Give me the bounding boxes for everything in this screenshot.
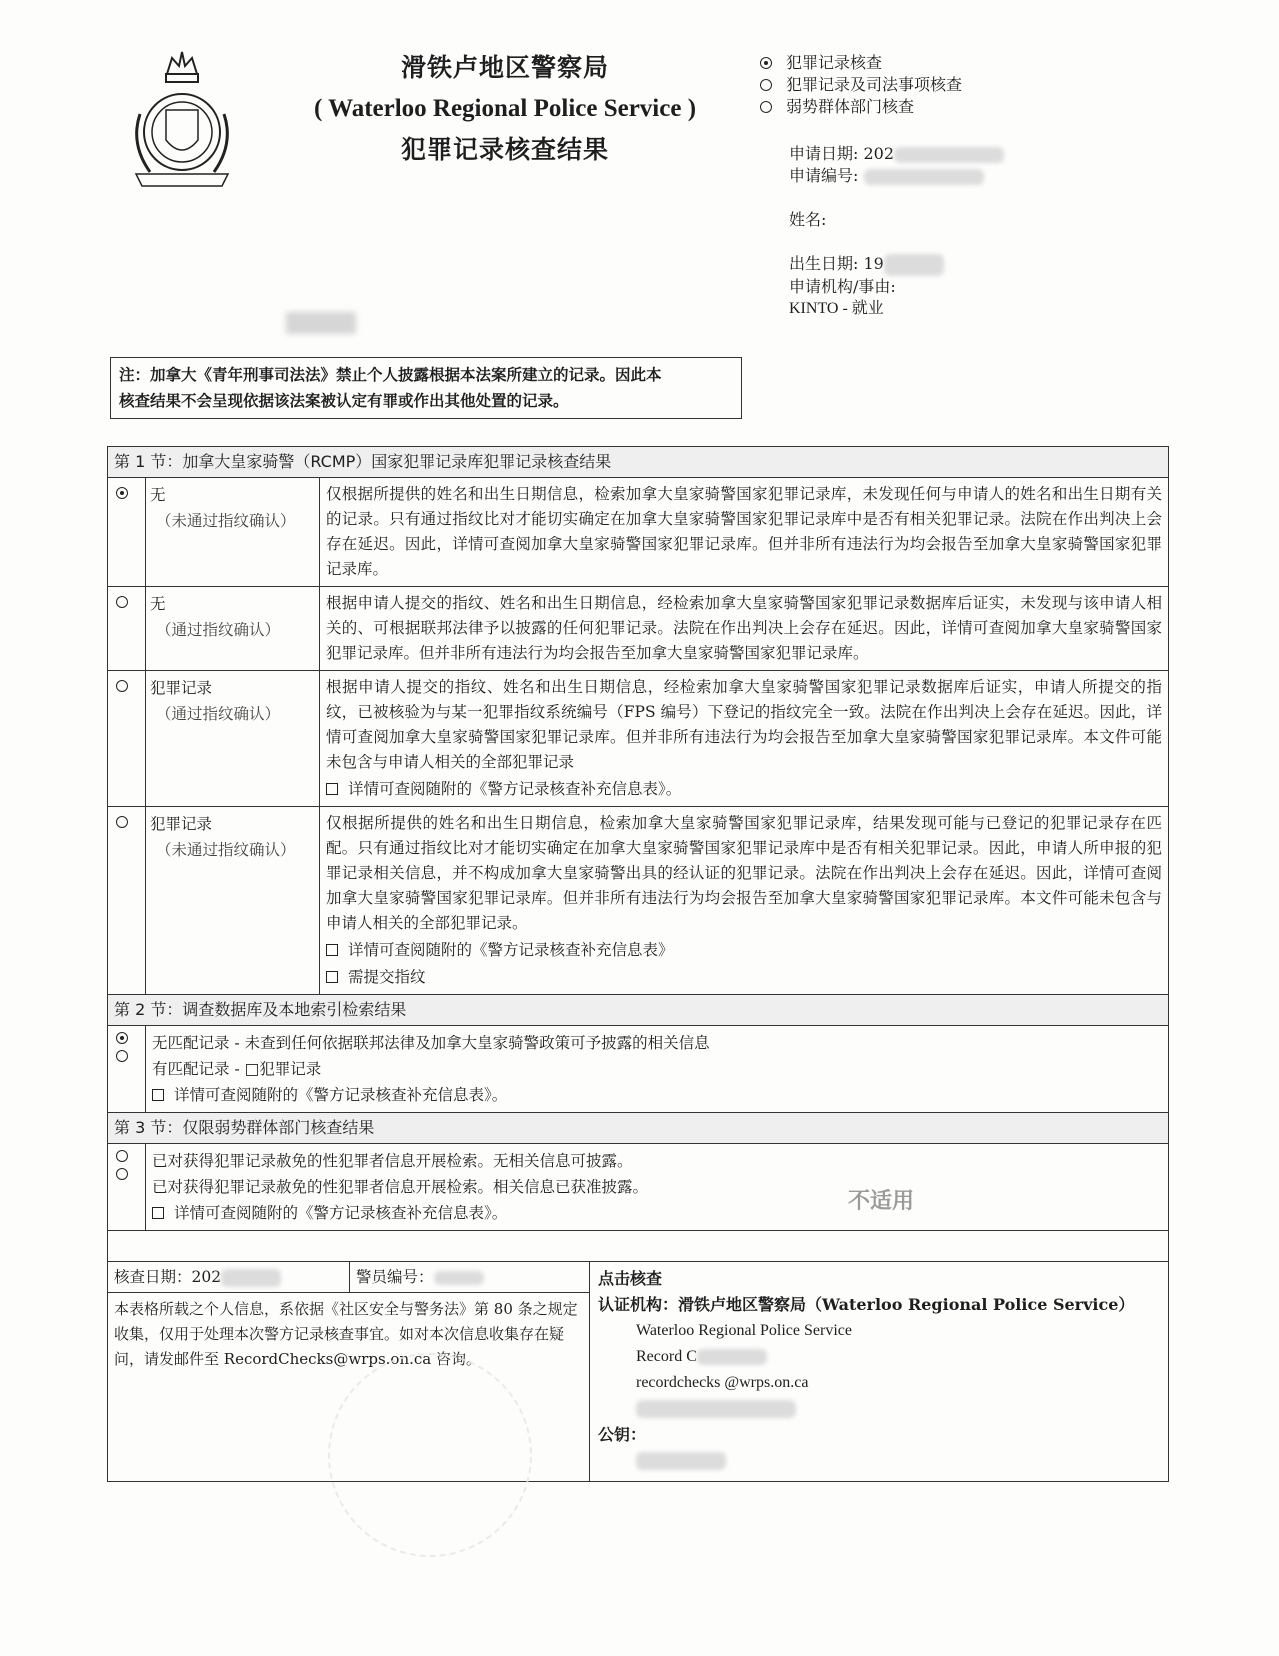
police-crest-logo-icon — [122, 44, 242, 194]
redacted-block — [864, 169, 984, 185]
section-1-row: 犯罪记录（未通过指纹确认） 仅根据所提供的姓名和出生日期信息，检索加拿大皇家骑警… — [108, 807, 1168, 995]
radio-selected-icon[interactable] — [116, 1032, 128, 1044]
apply-number: 申请编号: — [789, 165, 1004, 187]
date-of-birth: 出生日期: 19 — [789, 253, 1004, 276]
not-applicable-stamp: 不适用 — [848, 1184, 914, 1215]
checkbox-icon — [152, 1089, 164, 1101]
section-2-row: 无匹配记录 - 未查到任何依据联邦法律及加拿大皇家骑警政策可予披露的相关信息 有… — [108, 1026, 1168, 1113]
section-1-row: 无（未通过指纹确认） 仅根据所提供的姓名和出生日期信息，检索加拿大皇家骑警国家犯… — [108, 478, 1168, 587]
agency-name-cn: 滑铁卢地区警察局 — [270, 48, 740, 88]
official-seal-icon — [328, 1353, 532, 1557]
agency-name-en: ( Waterloo Regional Police Service ) — [270, 88, 740, 130]
check-type-criminal-record[interactable]: 犯罪记录核查 — [760, 52, 962, 74]
section-3-header: 第 3 节：仅限弱势群体部门核查结果 — [108, 1113, 1168, 1144]
supplementary-form-checkbox[interactable]: 详情可查阅随附的《警方记录核查补充信息表》。 — [152, 1082, 1162, 1108]
check-type-options: 犯罪记录核查 犯罪记录及司法事项核查 弱势群体部门核查 — [760, 52, 962, 118]
radio-icon[interactable] — [116, 1050, 128, 1062]
check-date: 核查日期：202 — [108, 1262, 350, 1292]
redacted-block — [286, 312, 356, 334]
checkbox-icon — [326, 783, 338, 795]
redacted-block — [884, 254, 944, 276]
supplementary-form-checkbox[interactable]: 详情可查阅随附的《警方记录核查补充信息表》。 — [152, 1200, 1162, 1226]
requesting-org-value: KINTO - 就业 — [789, 298, 1004, 320]
ycja-notice: 注：加拿大《青年刑事司法法》禁止个人披露根据本法案所建立的记录。因此本 核查结果… — [110, 357, 742, 419]
radio-icon[interactable] — [116, 1150, 128, 1162]
section-3-row: 已对获得犯罪记录赦免的性犯罪者信息开展检索。无相关信息可披露。 已对获得犯罪记录… — [108, 1144, 1168, 1231]
public-key-label: 公钥： — [598, 1422, 1160, 1448]
match-option: 有匹配记录 - □犯罪记录 — [152, 1056, 1162, 1082]
blank-row — [108, 1231, 1168, 1262]
radio-icon[interactable] — [116, 816, 128, 828]
section-1-row: 无（通过指纹确认） 根据申请人提交的指纹、姓名和出生日期信息，经检索加拿大皇家骑… — [108, 587, 1168, 671]
supplementary-form-checkbox[interactable]: 详情可查阅随附的《警方记录核查补充信息表》。 — [326, 777, 1162, 802]
supplementary-form-checkbox[interactable]: 详情可查阅随附的《警方记录核查补充信息表》 — [326, 938, 1162, 963]
check-type-criminal-judicial[interactable]: 犯罪记录及司法事项核查 — [760, 74, 962, 96]
radio-icon[interactable] — [116, 596, 128, 608]
document-header: 滑铁卢地区警察局 ( Waterloo Regional Police Serv… — [270, 48, 740, 170]
applicant-name: 姓名: — [789, 209, 1004, 231]
check-type-vulnerable-sector[interactable]: 弱势群体部门核查 — [760, 96, 962, 118]
document-title: 犯罪记录核查结果 — [270, 130, 740, 170]
redacted-block — [894, 147, 1004, 163]
verify-link[interactable]: 点击核查 — [598, 1266, 1160, 1292]
officer-number: 警员编号： — [350, 1262, 589, 1292]
radio-icon[interactable] — [116, 680, 128, 692]
section-1-header: 第 1 节：加拿大皇家骑警（RCMP）国家犯罪记录库犯罪记录核查结果 — [108, 447, 1168, 478]
requesting-org-label: 申请机构/事由: — [789, 276, 1004, 298]
no-match-option: 无匹配记录 - 未查到任何依据联邦法律及加拿大皇家骑警政策可予披露的相关信息 — [152, 1030, 1162, 1056]
verification-block: 点击核查 认证机构：滑铁卢地区警察局（Waterloo Regional Pol… — [590, 1262, 1168, 1481]
redacted-block — [636, 1400, 796, 1418]
checkbox-icon — [326, 944, 338, 956]
redacted-block — [636, 1452, 726, 1470]
radio-icon — [760, 79, 772, 91]
redacted-block — [221, 1269, 281, 1287]
footer: 核查日期：202 警员编号： 本表格所载之个人信息，系依据《社区安全与警务法》第… — [108, 1262, 1168, 1481]
apply-date: 申请日期: 202 — [789, 143, 1004, 165]
radio-selected-icon[interactable] — [116, 487, 128, 499]
section-2-header: 第 2 节：调查数据库及本地索引检索结果 — [108, 995, 1168, 1026]
document-page: 滑铁卢地区警察局 ( Waterloo Regional Police Serv… — [0, 0, 1279, 1656]
checkbox-icon — [152, 1207, 164, 1219]
checkbox-icon — [326, 971, 338, 983]
privacy-notice: 本表格所载之个人信息，系依据《社区安全与警务法》第 80 条之规定收集，仅用于处… — [108, 1293, 589, 1481]
radio-selected-icon — [760, 57, 772, 69]
section-1-row: 犯罪记录（通过指纹确认） 根据申请人提交的指纹、姓名和出生日期信息，经检索加拿大… — [108, 671, 1168, 807]
contact-email[interactable]: recordchecks @wrps.on.ca — [598, 1370, 1160, 1396]
redacted-block — [697, 1349, 767, 1365]
radio-icon — [760, 101, 772, 113]
certifying-authority: 认证机构：滑铁卢地区警察局（Waterloo Regional Police S… — [598, 1292, 1160, 1318]
results-table: 第 1 节：加拿大皇家骑警（RCMP）国家犯罪记录库犯罪记录核查结果 无（未通过… — [107, 446, 1169, 1482]
applicant-info: 申请日期: 202 申请编号: 姓名: 出生日期: 19 申请机构/事由: KI… — [789, 143, 1004, 320]
radio-icon[interactable] — [116, 1168, 128, 1180]
redacted-block — [434, 1271, 484, 1285]
fingerprints-required-checkbox[interactable]: 需提交指纹 — [326, 965, 1162, 990]
